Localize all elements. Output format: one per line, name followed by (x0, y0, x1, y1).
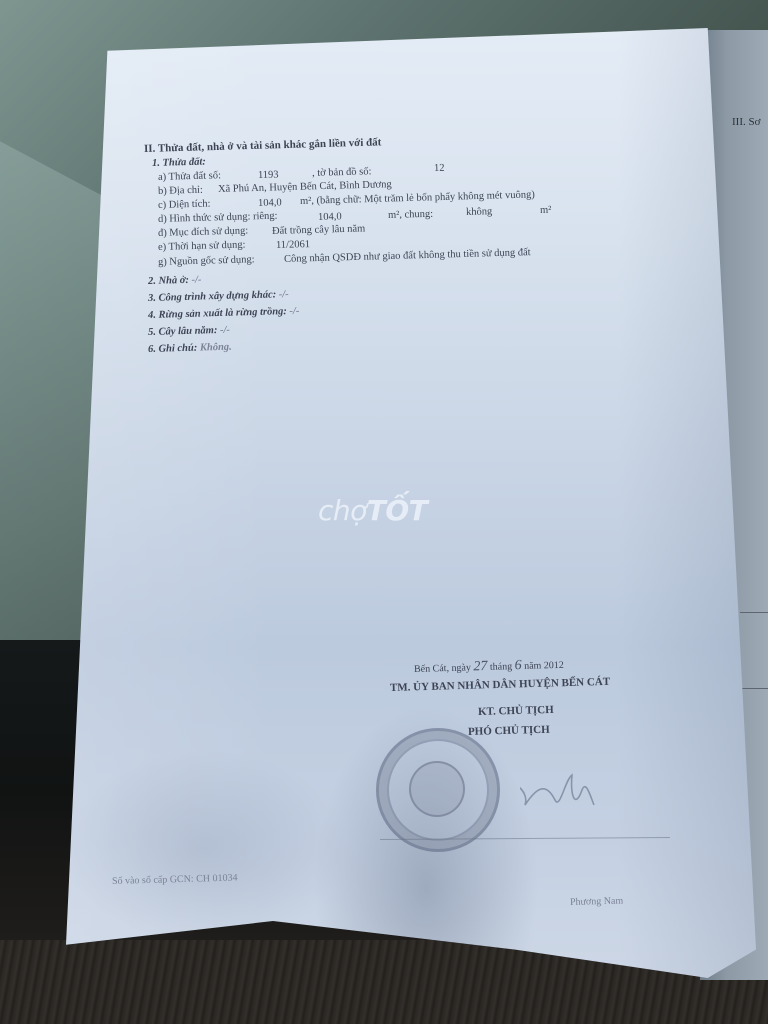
land-parcel-heading: 1. Thửa đất: (152, 156, 206, 168)
back-page-rule (740, 688, 768, 689)
address-label: b) Địa chỉ: (158, 185, 203, 197)
item-label: 6. Ghi chú: (148, 343, 198, 355)
chotot-watermark: chợTỐT (318, 494, 427, 527)
item-value: -/- (191, 275, 201, 286)
item-house: 2. Nhà ở: -/- (148, 275, 202, 287)
date-month: 6 (514, 658, 521, 673)
usage-shared-label: m², chung: (388, 209, 433, 221)
signer-role-2: PHÓ CHỦ TỊCH (468, 724, 550, 738)
signature-scribble-icon (520, 760, 660, 830)
signer-name: Phương Nam (570, 896, 624, 908)
usage-shared-value: không (466, 206, 493, 218)
seal-emblem-icon (409, 761, 465, 817)
usage-private-value: 104,0 (318, 211, 342, 223)
date-year: năm 2012 (524, 660, 564, 672)
official-seal (376, 728, 500, 852)
map-sheet-value: 12 (434, 163, 445, 174)
watermark-part-cho: chợ (318, 494, 367, 527)
signer-role-1: KT. CHỦ TỊCH (478, 704, 554, 718)
back-page-rule (740, 612, 768, 613)
item-value: -/- (279, 289, 289, 300)
area-value: 104,0 (258, 197, 282, 209)
parcel-number-value: 1193 (258, 169, 279, 181)
usage-shared-unit: m² (540, 205, 552, 216)
item-label: 2. Nhà ở: (148, 275, 189, 287)
place-date-prefix: Bến Cát, ngày (414, 662, 471, 675)
date-day: 27 (473, 659, 487, 674)
item-perennial-trees: 5. Cây lâu năm: -/- (148, 325, 230, 338)
area-label: c) Diện tích: (158, 199, 211, 211)
term-value: 11/2061 (276, 239, 310, 251)
item-value: -/- (220, 325, 230, 336)
back-page-heading: III. Sơ (732, 116, 760, 128)
watermark-part-tot: TỐT (367, 494, 428, 527)
item-value: Không. (200, 342, 232, 354)
item-value: -/- (289, 306, 299, 317)
item-label: 5. Cây lâu năm: (148, 325, 218, 338)
map-sheet-label: , tờ bản đồ số: (312, 166, 372, 179)
parcel-number-label: a) Thửa đất số: (158, 170, 221, 183)
item-notes: 6. Ghi chú: Không. (148, 342, 232, 355)
month-label: tháng (490, 661, 513, 673)
